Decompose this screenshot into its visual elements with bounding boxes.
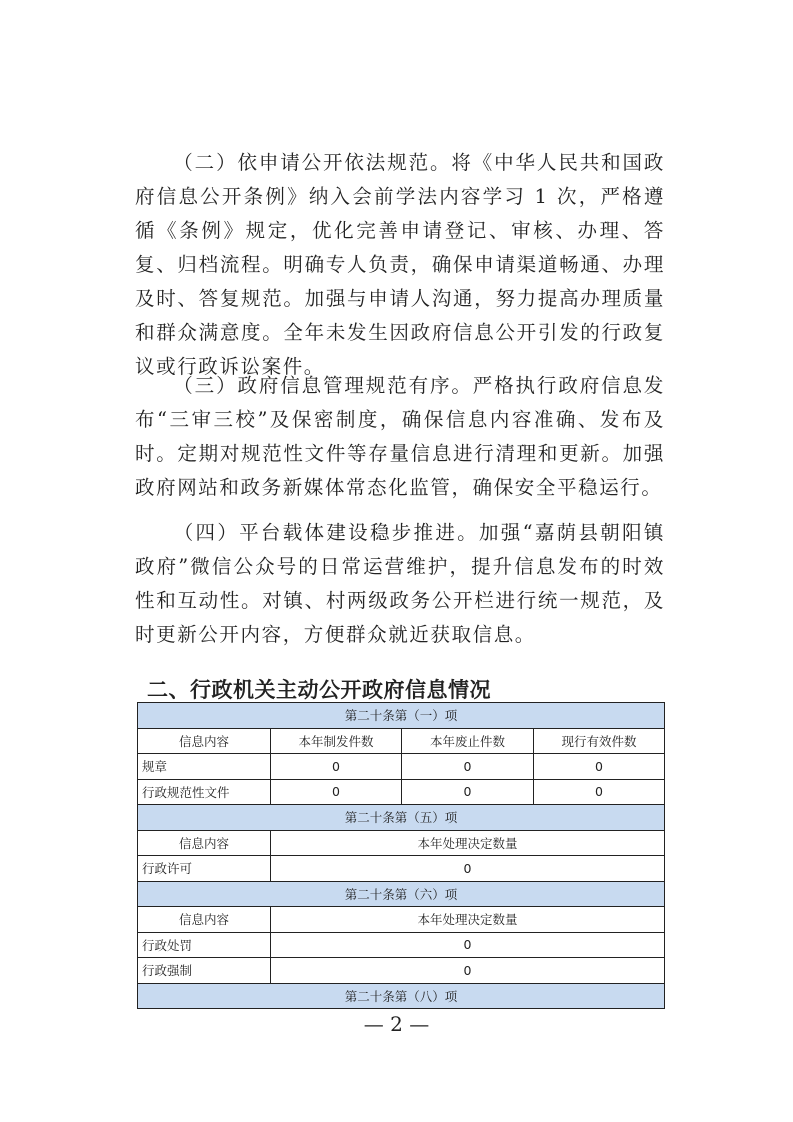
column-header: 本年处理决定数量	[271, 830, 665, 856]
paragraph-platform-building: （四）平台载体建设稳步推进。加强“嘉荫县朝阳镇政府”微信公众号的日常运营维护，提…	[135, 516, 665, 652]
cell-value: 0	[402, 779, 534, 805]
column-header: 现行有效件数	[534, 728, 665, 754]
page-number: — 2 —	[0, 1012, 793, 1036]
section-title: 第二十条第（一）项	[138, 703, 665, 729]
section-header-row: 第二十条第（一）项	[138, 703, 665, 729]
table-row: 行政许可 0	[138, 856, 665, 882]
cell-value: 0	[271, 932, 665, 958]
section-header-row: 第二十条第（五）项	[138, 805, 665, 831]
column-header: 本年废止件数	[402, 728, 534, 754]
section-title: 第二十条第（六）项	[138, 881, 665, 907]
row-label: 行政强制	[138, 958, 271, 984]
paragraph-text: （四）平台载体建设稳步推进。加强“嘉荫县朝阳镇政府”微信公众号的日常运营维护，提…	[135, 521, 665, 646]
cell-value: 0	[271, 754, 402, 780]
cell-value: 0	[271, 958, 665, 984]
column-header: 信息内容	[138, 830, 271, 856]
section-title: 第二十条第（八）项	[138, 983, 665, 1009]
row-label: 规章	[138, 754, 271, 780]
column-header: 本年处理决定数量	[271, 907, 665, 933]
paragraph-text: （二）依申请公开依法规范。将《中华人民共和国政府信息公开条例》纳入会前学法内容学…	[135, 151, 665, 378]
section-header-row: 第二十条第（六）项	[138, 881, 665, 907]
paragraph-text: （三）政府信息管理规范有序。严格执行政府信息发布“三审三校”及保密制度，确保信息…	[135, 374, 665, 499]
row-label: 行政许可	[138, 856, 271, 882]
row-label: 行政规范性文件	[138, 779, 271, 805]
table-row: 规章 0 0 0	[138, 754, 665, 780]
cell-value: 0	[271, 856, 665, 882]
table-row: 行政规范性文件 0 0 0	[138, 779, 665, 805]
column-header-row: 信息内容 本年制发件数 本年废止件数 现行有效件数	[138, 728, 665, 754]
column-header: 信息内容	[138, 907, 271, 933]
disclosure-table: 第二十条第（一）项 信息内容 本年制发件数 本年废止件数 现行有效件数 规章 0…	[137, 702, 665, 1009]
table-row: 行政处罚 0	[138, 932, 665, 958]
paragraph-application-disclosure: （二）依申请公开依法规范。将《中华人民共和国政府信息公开条例》纳入会前学法内容学…	[135, 146, 665, 384]
row-label: 行政处罚	[138, 932, 271, 958]
cell-value: 0	[534, 779, 665, 805]
table-row: 行政强制 0	[138, 958, 665, 984]
section-heading: 二、行政机关主动公开政府信息情况	[147, 674, 491, 704]
cell-value: 0	[402, 754, 534, 780]
section-title: 第二十条第（五）项	[138, 805, 665, 831]
cell-value: 0	[271, 779, 402, 805]
section-header-row: 第二十条第（八）项	[138, 983, 665, 1009]
paragraph-info-management: （三）政府信息管理规范有序。严格执行政府信息发布“三审三校”及保密制度，确保信息…	[135, 369, 665, 505]
column-header-row: 信息内容 本年处理决定数量	[138, 907, 665, 933]
cell-value: 0	[534, 754, 665, 780]
column-header: 本年制发件数	[271, 728, 402, 754]
column-header: 信息内容	[138, 728, 271, 754]
column-header-row: 信息内容 本年处理决定数量	[138, 830, 665, 856]
